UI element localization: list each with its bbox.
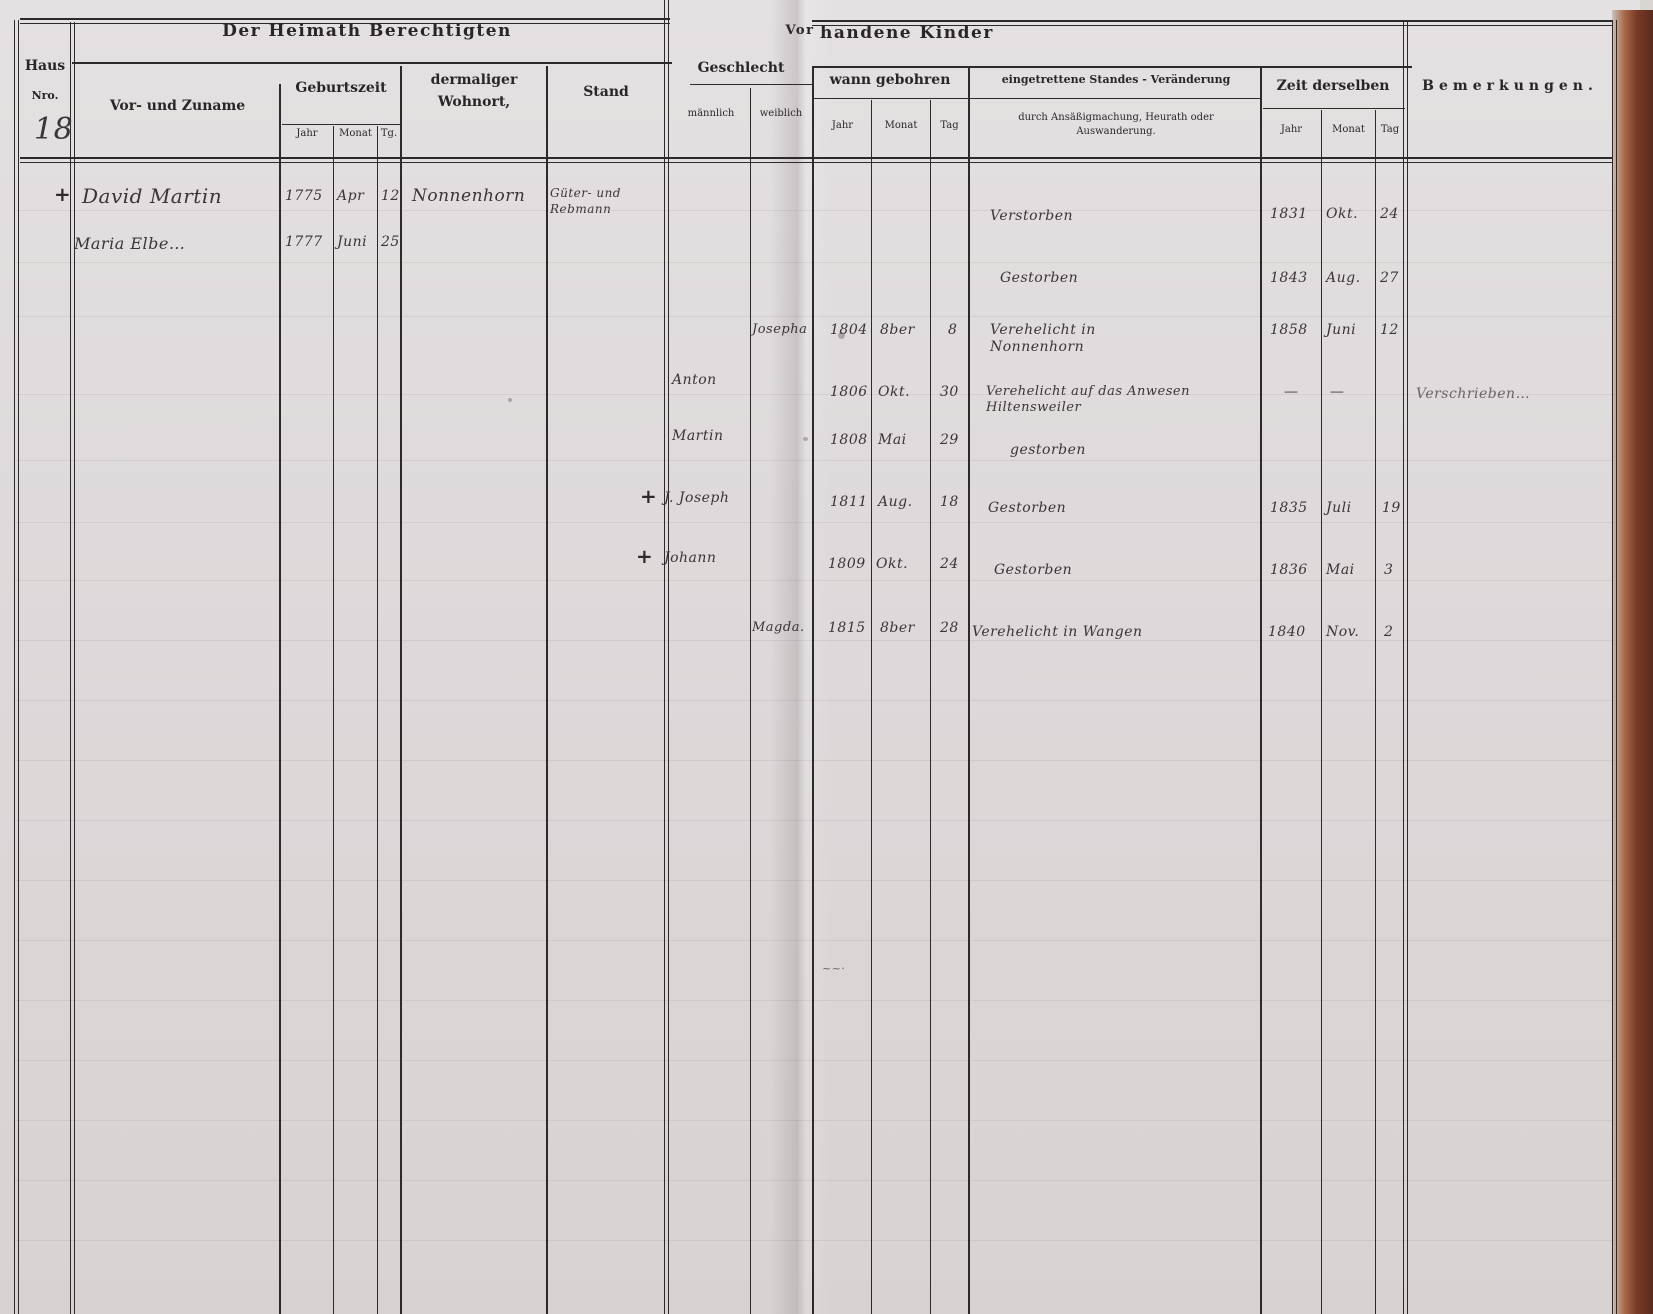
header-bottom-left: [20, 157, 815, 163]
col-gebjahr-right: [333, 126, 334, 1314]
child-birth-month: Mai: [878, 432, 907, 448]
child-birth-year: 1804: [830, 322, 868, 338]
col-header-veraenderung-sub-l2: Auswanderung.: [972, 126, 1260, 138]
zeit-derselben-subline: [1263, 108, 1405, 109]
child-birth-day: 29: [940, 432, 959, 448]
parent-wohnort: Nonnenhorn: [412, 186, 525, 206]
child-change-day: 27: [1380, 270, 1399, 286]
outer-border-right: [1612, 20, 1617, 1314]
child-change-month: Okt.: [1326, 206, 1358, 222]
outer-border-left: [14, 20, 19, 1314]
parent-name: Maria Elbe…: [74, 234, 185, 253]
col-ktag-right: [968, 66, 970, 1314]
haus-label: Haus: [20, 58, 70, 74]
child-remark: Verschrieben…: [1416, 386, 1530, 402]
col-stand-right: [664, 0, 669, 1314]
child-status-change: Gestorben: [1000, 270, 1078, 286]
col-kjahr-right: [871, 100, 872, 1314]
child-birth-month: 8ber: [880, 620, 915, 636]
book-binding-edge: [1612, 10, 1653, 1314]
col-header-k-tag: Tag: [931, 120, 968, 132]
child-birth-year: 1808: [830, 432, 868, 448]
child-birth-day: 24: [940, 556, 959, 572]
geschlecht-subline: [690, 84, 812, 85]
parent-birth-day: 25: [381, 234, 400, 250]
ink-speck: [508, 398, 512, 402]
child-birth-year: 1806: [830, 384, 868, 400]
nro-label: Nro.: [20, 90, 70, 103]
col-header-bemerkungen: Bemerkungen.: [1410, 78, 1610, 94]
child-son-name: Anton: [672, 372, 717, 388]
child-status-change: Gestorben: [994, 562, 1072, 578]
child-change-month: Mai: [1326, 562, 1355, 578]
child-change-year: 1858: [1270, 322, 1308, 338]
col-header-z-monat: Monat: [1322, 124, 1375, 136]
child-status-change: Verehelicht auf das Anwesen Hiltensweile…: [986, 384, 1256, 415]
col-weiblich-right: [812, 66, 814, 1314]
title-fragment: Vor: [780, 24, 820, 39]
col-header-geb-monat: Monat: [334, 128, 377, 140]
deceased-mark: +: [54, 182, 71, 206]
child-change-day: 19: [1382, 500, 1401, 516]
title-underline-left: [72, 62, 672, 64]
child-son-name: J. Joseph: [664, 490, 729, 506]
child-status-change: Verehelicht in Wangen: [972, 624, 1143, 640]
child-change-day: 12: [1380, 322, 1399, 338]
veraenderung-subline: [970, 98, 1260, 99]
child-change-day: 2: [1384, 624, 1393, 640]
child-birth-month: 8ber: [880, 322, 915, 338]
col-name-right: [279, 84, 281, 1314]
deceased-mark: +: [640, 484, 657, 508]
parent-birth-day: 12: [381, 188, 400, 204]
col-header-veraenderung-sub-l1: durch Ansäßigmachung, Heurath oder: [972, 112, 1260, 124]
child-daughter-name: Josepha: [752, 322, 807, 337]
child-change-day: 24: [1380, 206, 1399, 222]
col-gebtag-right: [400, 66, 402, 1314]
right-page: [812, 0, 1640, 1314]
child-birth-month: Aug.: [878, 494, 913, 510]
child-birth-day: 18: [940, 494, 959, 510]
col-header-weiblich: weiblich: [752, 108, 810, 120]
col-header-k-monat: Monat: [872, 120, 930, 132]
parent-stand: Güter- und Rebmann: [550, 186, 662, 217]
child-change-year: 1835: [1270, 500, 1308, 516]
col-zjahr-right: [1321, 110, 1322, 1314]
parent-birth-month: Apr: [337, 188, 364, 204]
child-change-year: 1836: [1270, 562, 1308, 578]
haus-number: 18: [34, 112, 73, 147]
col-header-stand: Stand: [548, 84, 664, 100]
child-change-month: Aug.: [1326, 270, 1361, 286]
parent-name: David Martin: [82, 184, 222, 208]
col-kmonat-right: [930, 100, 931, 1314]
child-birth-day: 30: [940, 384, 959, 400]
col-header-veraenderung: eingetrettene Standes - Veränderung: [972, 74, 1260, 87]
child-status-change: Verehelicht in Nonnenhorn: [990, 322, 1190, 356]
title-underline-right: [812, 66, 1412, 68]
child-daughter-name: Magda.: [752, 620, 805, 635]
col-header-wohnort-l2: Wohnort,: [402, 94, 546, 110]
child-birth-year: 1809: [828, 556, 866, 572]
child-birth-month: Okt.: [878, 384, 910, 400]
child-birth-day: 8: [948, 322, 957, 338]
col-header-name: Vor- und Zuname: [80, 98, 275, 114]
col-header-z-tag: Tag: [1376, 124, 1404, 136]
col-header-maennlich: männlich: [672, 108, 750, 120]
child-birth-year: 1811: [830, 494, 868, 510]
col-haus-right: [70, 22, 75, 1314]
child-status-change: gestorben: [1010, 442, 1086, 458]
child-change-month: —: [1330, 384, 1345, 400]
right-page-title: handene Kinder: [820, 24, 1020, 44]
col-veraenderung-right: [1260, 66, 1262, 1314]
child-birth-month: Okt.: [876, 556, 908, 572]
col-ztag-right: [1403, 20, 1408, 1314]
child-change-month: Juli: [1326, 500, 1352, 516]
child-change-year: 1840: [1268, 624, 1306, 640]
col-header-wohnort-l1: dermaliger: [402, 72, 546, 88]
parent-birth-year: 1777: [285, 234, 323, 250]
col-header-zeit-derselben: Zeit derselben: [1262, 78, 1404, 94]
col-maennlich-right: [750, 88, 751, 1314]
col-wohnort-right: [546, 66, 548, 1314]
child-status-change: Verstorben: [990, 208, 1073, 224]
col-header-geb-jahr: Jahr: [282, 128, 332, 140]
child-change-year: —: [1284, 384, 1299, 400]
child-change-month: Nov.: [1326, 624, 1359, 640]
parent-birth-year: 1775: [285, 188, 323, 204]
ink-blot: [838, 332, 845, 339]
col-gebmonat-right: [377, 126, 378, 1314]
col-header-geb-tag: Tg.: [378, 128, 400, 140]
col-header-geburtszeit: Geburtszeit: [282, 80, 400, 96]
child-change-day: 3: [1384, 562, 1393, 578]
child-status-change: Gestorben: [988, 500, 1066, 516]
left-page-title: Der Heimath Berechtigten: [72, 22, 662, 42]
wann-geboren-subline: [812, 98, 970, 99]
child-change-year: 1843: [1270, 270, 1308, 286]
geburtszeit-subline: [282, 124, 400, 125]
ink-speck: [803, 437, 808, 441]
child-birth-year: 1815: [828, 620, 866, 636]
col-zmonat-right: [1375, 110, 1376, 1314]
stray-pen-mark: ~~·: [822, 962, 845, 975]
child-change-year: 1831: [1270, 206, 1308, 222]
col-header-geschlecht: Geschlecht: [670, 60, 812, 76]
child-birth-day: 28: [940, 620, 959, 636]
parent-birth-month: Juni: [337, 234, 367, 250]
child-change-month: Juni: [1326, 322, 1356, 338]
child-son-name: Martin: [672, 428, 724, 444]
col-header-z-jahr: Jahr: [1262, 124, 1321, 136]
book-gutter: [770, 0, 830, 1314]
child-son-name: Johann: [664, 550, 716, 566]
deceased-mark: +: [636, 544, 653, 568]
col-header-wann-geboren: wann gebohren: [812, 72, 968, 88]
header-bottom-right: [812, 157, 1612, 163]
col-header-k-jahr: Jahr: [814, 120, 871, 132]
